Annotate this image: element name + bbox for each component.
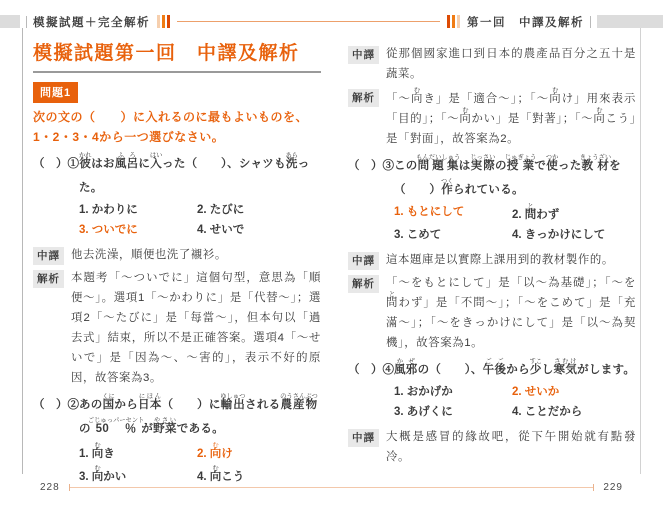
question-3: （ ）③ この問題集もんだいしゅうは実際じっさいの授業じゅぎょうで使つかった教材… (348, 154, 636, 245)
option-1: 1. おかげか (394, 383, 512, 402)
option-3: 3. こめて (394, 226, 512, 245)
question-marker: （ ）② (33, 393, 79, 441)
page-number-left: 228 (40, 482, 60, 493)
footer-rule (69, 487, 595, 488)
header-rule (177, 21, 440, 22)
analysis-label: 解析 (33, 270, 64, 288)
translation-row: 中譯 大概是感冒的緣故吧，從下午開始就有點發冷。 (348, 427, 636, 467)
option-2-correct: 2. 向むけ (197, 442, 321, 464)
translation-text: 大概是感冒的緣故吧，從下午開始就有點發冷。 (386, 427, 636, 467)
translation-label: 中譯 (33, 247, 64, 265)
translation-label: 中譯 (348, 429, 379, 447)
question-marker: （ ）④ (348, 358, 394, 382)
option-4: 4. せいで (197, 221, 321, 240)
section-title: 模擬試題第一回 中譯及解析 (33, 42, 321, 73)
options-grid: 1. おかげか2. せいか3. あげくに4. ことだから (394, 383, 636, 422)
translation-text: 他去洗澡，順便也洗了襯衫。 (71, 245, 321, 265)
instruction: 次の文の（ ）に入れるのに最もよいものを、 1・2・3・4から一つ選びなさい。 (33, 107, 321, 147)
question-marker: （ ）③ (348, 154, 394, 202)
option-4: 4. きっかけにして (512, 226, 636, 245)
problem-badge: 問題1 (33, 82, 78, 103)
option-1-correct: 1. もとにして (394, 203, 512, 225)
option-2: 2. たびに (197, 201, 321, 220)
instruction-line: 次の文の（ ）に入れるのに最もよいものを、 (33, 107, 321, 127)
question-stem: この問題集もんだいしゅうは実際じっさいの授業じゅぎょうで使つかった教材きょうざい… (394, 154, 636, 202)
translation-label: 中譯 (348, 46, 379, 64)
left-edge-tab (0, 15, 20, 28)
analysis-row: 解析 「～をもとにして」是「以～為基礎」；「～を問とわず」是「不問～」；「～をこ… (348, 273, 636, 353)
header-divider-left (26, 16, 27, 28)
option-2: 2. 問とわず (512, 203, 636, 225)
question-1: （ ）① 彼かれはお風呂ふろに入はいった（ ）、シャツも洗あらった。 1. かわ… (33, 152, 321, 240)
question-stem: あの国くにから日本にほん（ ）に輸出ゆしゅつされる農産物のうさんぶつの50％ごじ… (79, 393, 321, 441)
header-left-title: 模擬試題＋完全解析 (33, 14, 150, 30)
option-3: 3. あげくに (394, 403, 512, 422)
left-page: 模擬試題第一回 中譯及解析 問題1 次の文の（ ）に入れるのに最もよいものを、 … (33, 36, 321, 487)
analysis-text: 本題考「～ついでに」這個句型，意思為「順便～」。選項1「～かわりに」是「代替～」… (71, 268, 321, 388)
translation-label: 中譯 (348, 252, 379, 270)
analysis-text: 「～向むき」是「適合～」；「～向むけ」用來表示「目的」；「～向むかい」是「對著」… (386, 87, 636, 149)
analysis-text: 「～をもとにして」是「以～為基礎」；「～を問とわず」是「不問～」；「～をこめて」… (386, 273, 636, 353)
translation-text: 從那個國家進口到日本的農產品百分之五十是蔬菜。 (386, 44, 636, 84)
analysis-row: 解析 「～向むき」是「適合～」；「～向むけ」用來表示「目的」；「～向むかい」是「… (348, 87, 636, 149)
right-page: 中譯 從那個國家進口到日本的農產品百分之五十是蔬菜。 解析 「～向むき」是「適合… (348, 36, 636, 487)
translation-row: 中譯 他去洗澡，順便也洗了襯衫。 (33, 245, 321, 265)
question-marker: （ ）① (33, 152, 79, 200)
header-accent-bars-right (447, 15, 460, 28)
question-stem: 風邪かぜの（ ）、午後ごごから少すこし寒気さむけがします。 (394, 358, 636, 382)
option-2-correct: 2. せいか (512, 383, 636, 402)
question-2: （ ）② あの国くにから日本にほん（ ）に輸出ゆしゅつされる農産物のうさんぶつの… (33, 393, 321, 487)
analysis-label: 解析 (348, 89, 379, 107)
translation-text: 這本題庫是以實際上課用到的教材製作的。 (386, 250, 636, 270)
header-divider-right (590, 16, 591, 28)
translation-row: 中譯 這本題庫是以實際上課用到的教材製作的。 (348, 250, 636, 270)
header-accent-bars-left (157, 15, 170, 28)
option-1: 1. かわりに (79, 201, 197, 220)
page-number-right: 229 (603, 482, 623, 493)
option-4: 4. ことだから (512, 403, 636, 422)
page-footer: 228 229 (0, 480, 663, 494)
right-edge-tab (597, 15, 663, 28)
page-spread-body: 模擬試題第一回 中譯及解析 問題1 次の文の（ ）に入れるのに最もよいものを、 … (0, 36, 663, 487)
page-header: 模擬試題＋完全解析 第一回 中譯及解析 (0, 13, 663, 30)
options-grid: 1. かわりに2. たびに3. ついでに4. せいで (79, 201, 321, 240)
options-grid: 1. もとにして2. 問とわず3. こめて4. きっかけにして (394, 203, 636, 245)
instruction-line: 1・2・3・4から一つ選びなさい。 (33, 127, 321, 147)
question-4: （ ）④ 風邪かぜの（ ）、午後ごごから少すこし寒気さむけがします。 1. おか… (348, 358, 636, 422)
analysis-row: 解析 本題考「～ついでに」這個句型，意思為「順便～」。選項1「～かわりに」是「代… (33, 268, 321, 388)
analysis-label: 解析 (348, 275, 379, 293)
option-3-correct: 3. ついでに (79, 221, 197, 240)
question-stem: 彼かれはお風呂ふろに入はいった（ ）、シャツも洗あらった。 (79, 152, 321, 200)
header-right-title: 第一回 中譯及解析 (467, 14, 584, 30)
option-1: 1. 向むき (79, 442, 197, 464)
translation-row: 中譯 從那個國家進口到日本的農產品百分之五十是蔬菜。 (348, 44, 636, 84)
